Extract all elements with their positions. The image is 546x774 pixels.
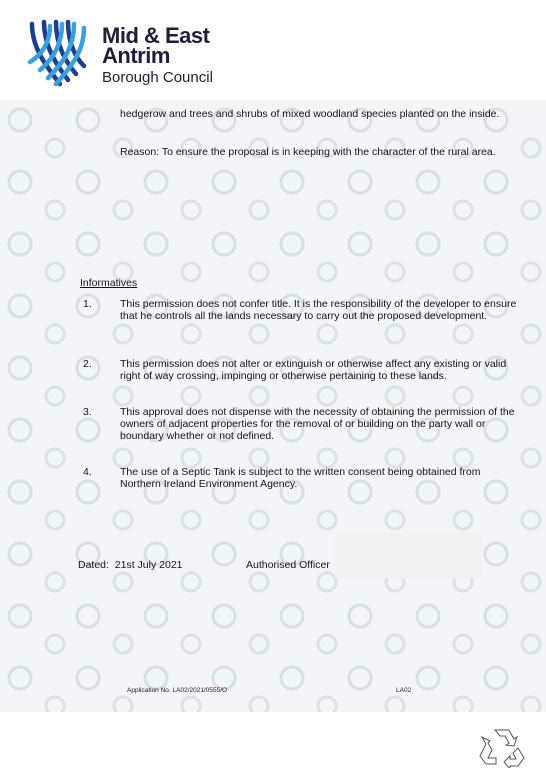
form-code: LA02 xyxy=(396,687,411,694)
letterhead: Mid & East Antrim Borough Council xyxy=(0,0,546,100)
dated-label: Dated: xyxy=(78,559,109,571)
informative-number: 1. xyxy=(83,298,92,310)
org-name-line2: Antrim xyxy=(102,46,213,66)
woven-shield-logo-icon xyxy=(22,18,94,90)
condition-reason: Reason: To ensure the proposal is in kee… xyxy=(120,146,520,158)
authorised-officer-label: Authorised Officer xyxy=(246,559,330,571)
org-name-line3: Borough Council xyxy=(102,68,213,88)
condition-continuation: hedgerow and trees and shrubs of mixed w… xyxy=(120,108,520,120)
recycle-icon xyxy=(478,726,526,768)
informative-text: This approval does not dispense with the… xyxy=(120,406,520,442)
informative-number: 2. xyxy=(83,358,92,370)
informative-number: 3. xyxy=(83,406,92,418)
council-name: Mid & East Antrim Borough Council xyxy=(102,26,213,88)
redacted-signature xyxy=(335,533,483,578)
informative-number: 4. xyxy=(83,466,92,478)
dated-line: Dated: 21st July 2021 xyxy=(78,559,183,571)
informative-text: This permission does not alter or exting… xyxy=(120,358,520,382)
document-page: hedgerow and trees and shrubs of mixed w… xyxy=(0,100,546,712)
informatives-heading: Informatives xyxy=(80,277,137,289)
dated-value: 21st July 2021 xyxy=(115,559,183,571)
informative-text: This permission does not confer title. I… xyxy=(120,298,520,322)
informative-text: The use of a Septic Tank is subject to t… xyxy=(120,466,520,490)
application-number: Application No. LA02/2021/0555/O xyxy=(127,687,227,694)
